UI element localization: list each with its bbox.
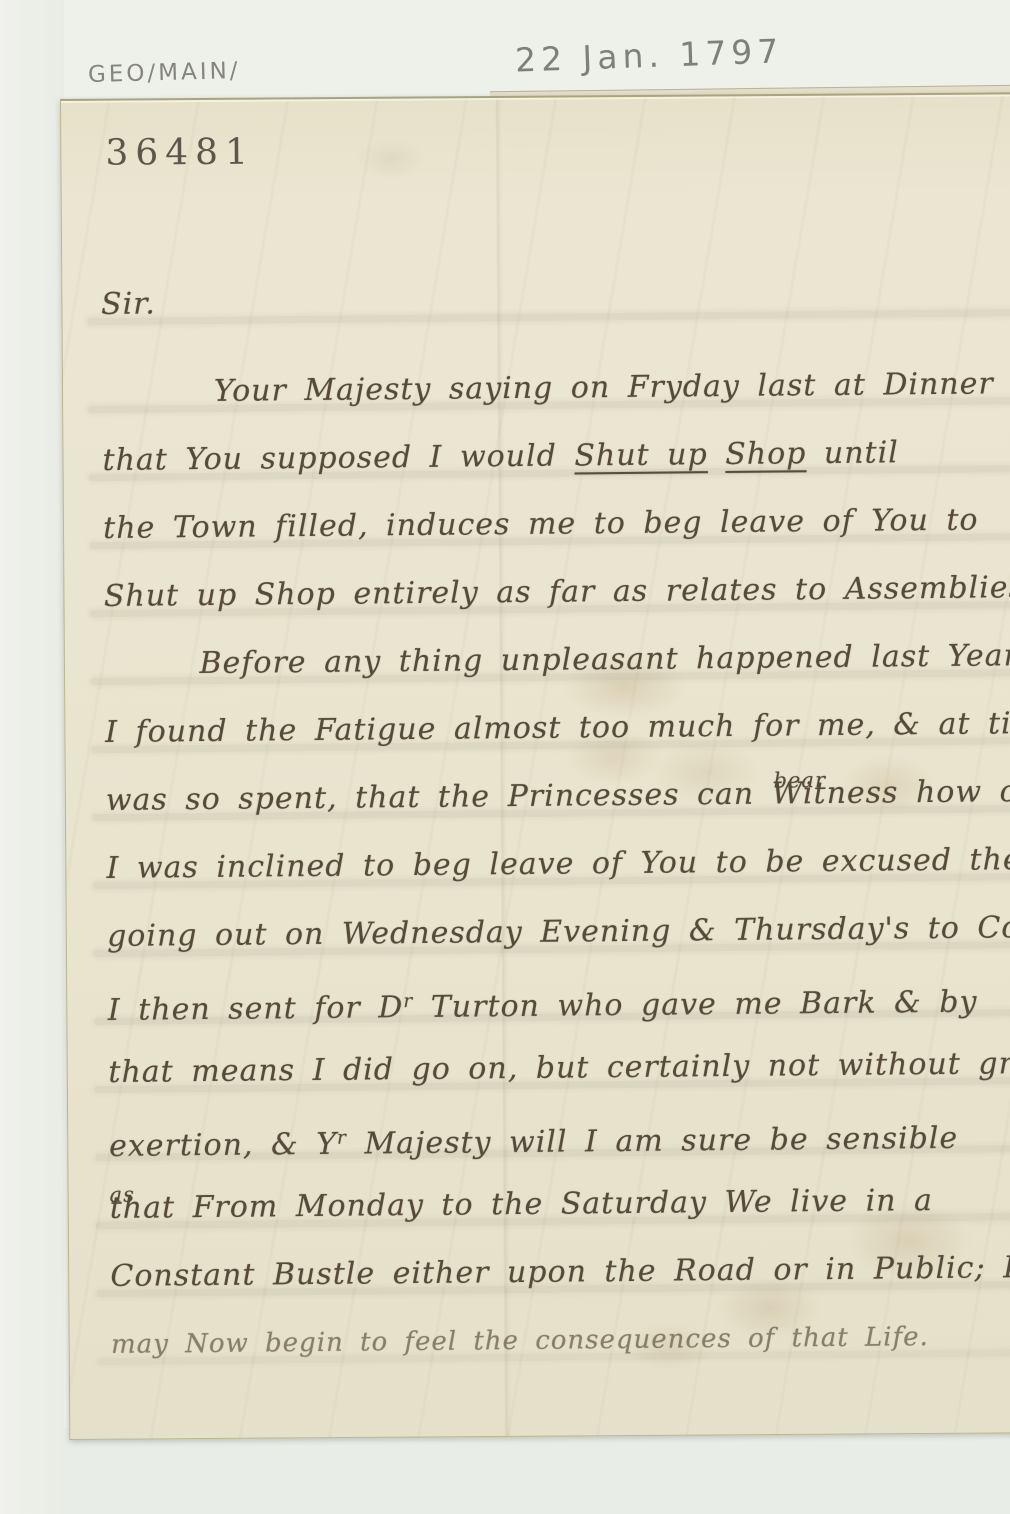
backing-sheet [0,1428,1010,1514]
letter-line: asthat From Monday to the Saturday We li… [109,1169,1010,1246]
insertion-anchor: bearWitness how often [771,774,1010,812]
line-segment: Majesty will I am sure be sensible [347,1121,959,1162]
letter-line: may Now begin to feel the consequences o… [111,1305,1010,1382]
line-segment: exertion, & Y [109,1127,337,1164]
inserted-word: bear [773,749,826,812]
letter-line: Constant Bustle either upon the Road or … [110,1237,1010,1314]
superscript: r [337,1128,347,1149]
letter-line: was so spent, that the Princesses can be… [106,761,1010,838]
letter-line: exertion, & Yr Majesty will I am sure be… [109,1101,1010,1178]
line-segment: was so spent, that the Princesses can [106,777,772,818]
letter-line: that means I did go on, but certainly no… [108,1033,1010,1110]
letter-line: Shut up Shop entirely as far as relates … [104,557,1010,634]
letter-line: that You supposed I would Shut up Shop u… [102,421,1010,498]
line-segment: From Monday to the Saturday We live in a [175,1183,933,1225]
archive-stamp-number: 36481 [105,132,255,174]
letter-page: 36481 Sir. Your Majesty saying on Fryday… [60,92,1010,1440]
letter-line: I was inclined to beg leave of You to be… [106,829,1010,906]
date-annotation: 22 Jan. 1797 [514,31,784,79]
letter-body: Sir. Your Majesty saying on Fryday last … [101,265,1010,1382]
letter-line: I then sent for Dr Turton who gave me Ba… [107,965,1010,1042]
letter-line: Before any thing unpleasant happened las… [104,625,1010,702]
letter-line: I found the Fatigue almost too much for … [105,693,1010,770]
underlined-phrase: Shut up [574,437,708,473]
underlined-phrase: Shop [725,436,806,472]
letter-line: going out on Wednesday Evening & Thursda… [107,897,1010,974]
inserted-word: as [109,1164,135,1226]
salutation: Sir. [101,265,1010,342]
catalog-reference: GEO/MAIN/ [88,58,241,88]
mount-margin [0,0,64,1514]
insertion-anchor: asthat [110,1190,176,1226]
letter-line: Your Majesty saying on Fryday last at Di… [102,353,1010,430]
letter-line: the Town filled, induces me to beg leave… [103,489,1010,566]
line-segment: that You supposed I would [102,438,574,478]
line-segment: until [806,435,899,471]
line-segment: I then sent for D [108,990,404,1028]
line-segment [708,437,726,472]
line-segment: Turton who gave me Bark & by [413,985,978,1025]
